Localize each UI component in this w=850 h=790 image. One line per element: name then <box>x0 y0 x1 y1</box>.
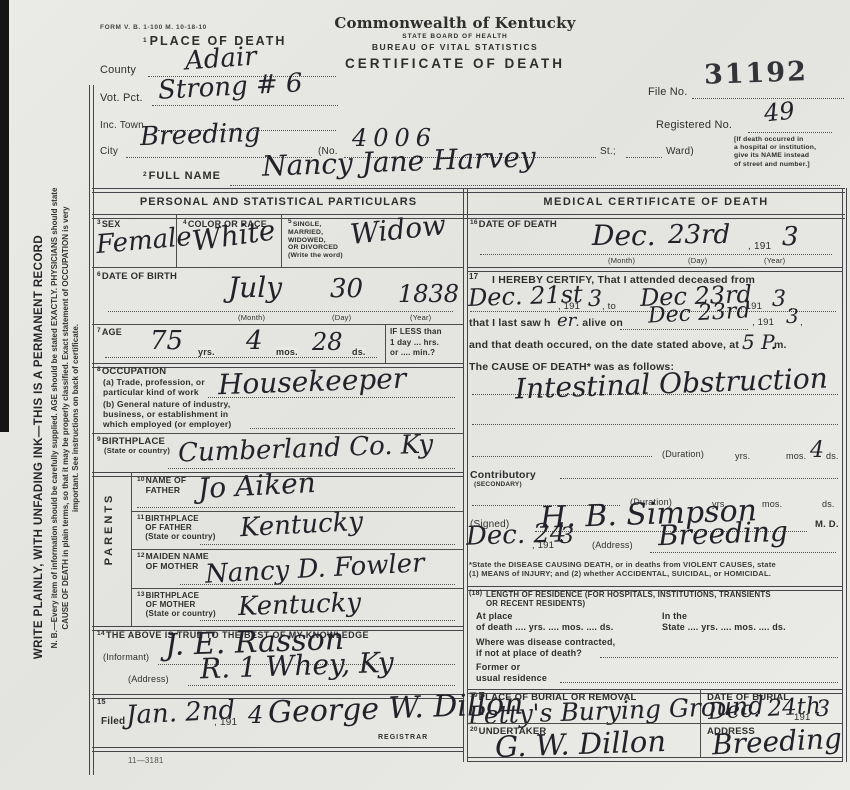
form-code: FORM V. B. 1-100 M. 10-18-10 <box>100 24 207 31</box>
inc-town-label: Inc. Town <box>100 120 144 131</box>
in-the-label: In the <box>662 611 687 621</box>
dotted-line <box>105 357 377 358</box>
duration-days-handwritten: 4 <box>810 440 824 462</box>
father-name-label: NAME OF FATHER <box>146 476 187 495</box>
occupation-number: 8 <box>97 366 101 373</box>
dob-year-handwritten: 1838 <box>398 282 459 306</box>
filed-label: Filed <box>101 716 125 727</box>
full-name-value-handwritten: Nancy Jane Harvey <box>262 143 537 181</box>
father-name-value-handwritten: Jo Aiken <box>197 469 316 503</box>
mother-name-number: 12 <box>137 552 145 559</box>
residence-number: (18) <box>469 590 482 597</box>
filed-year-printed: , 191 <box>214 717 237 728</box>
rule-line <box>467 757 842 762</box>
state-line: State .... yrs. .... mos. .... ds. <box>662 622 786 632</box>
voting-precinct-value-handwritten: Strong # 6 <box>157 70 303 104</box>
mother-name-label: MAIDEN NAME OF MOTHER <box>146 552 209 571</box>
mother-birthplace-label: BIRTHPLACE OF MOTHER (State or country) <box>146 591 216 618</box>
mother-birthplace-field: 13BIRTHPLACE OF MOTHER (State or country… <box>137 591 216 618</box>
dotted-line <box>472 424 838 425</box>
informant-address-value-handwritten: R. 1 Whey, Ky <box>200 649 395 684</box>
sex-number: 3 <box>97 219 101 226</box>
to-year-digit-handwritten: 3 <box>772 289 786 311</box>
yrs-caption: yrs. <box>198 347 215 357</box>
dob-month-handwritten: July <box>228 274 282 302</box>
full-name-label: FULL NAME <box>149 170 221 182</box>
dotted-line <box>560 682 838 683</box>
dotted-line <box>480 254 832 255</box>
dotted-line <box>108 311 453 312</box>
file-no-label: File No. <box>648 86 688 98</box>
year-caption: (Year) <box>764 256 785 265</box>
secondary-label: (SECONDARY) <box>474 481 522 488</box>
occupation-b-label: (b) General nature of industry, business… <box>103 400 231 429</box>
mother-name-field: 12MAIDEN NAME OF MOTHER <box>137 552 209 571</box>
undertaker-address-value-handwritten: Breeding <box>711 725 842 760</box>
duration-mos-label: mos. <box>786 451 806 461</box>
marital-label: SINGLE, MARRIED, WIDOWED, OR DIVORCED (W… <box>288 221 343 259</box>
rule-line <box>463 188 468 762</box>
filed-year-digit-handwritten: 4 <box>248 703 263 727</box>
dotted-line <box>600 657 838 658</box>
disease-contracted-label: Where was disease contracted, if not at … <box>476 637 615 659</box>
registered-no-value-handwritten: 49 <box>763 98 796 125</box>
age-label: AGE <box>102 327 122 337</box>
ward-label: Ward) <box>666 146 694 157</box>
physician-address-label: (Address) <box>592 540 633 550</box>
marital-value-handwritten: Widow <box>349 211 447 249</box>
margin-permanent-record-note: WRITE PLAINLY, WITH UNFADING INK—THIS IS… <box>33 188 45 706</box>
dotted-line <box>200 544 455 545</box>
month-caption: (Month) <box>608 256 635 265</box>
informant-address-label: (Address) <box>128 674 169 684</box>
county-label: County <box>100 64 136 76</box>
occupation-a-label: (a) Trade, profession, or particular kin… <box>103 378 205 398</box>
last-saw-pronoun-handwritten: er <box>557 312 576 330</box>
certify-number: 17 <box>469 272 478 281</box>
residence-heading: LENGTH OF RESIDENCE (FOR HOSPITALS, INST… <box>486 590 771 608</box>
month-caption: (Month) <box>238 313 265 322</box>
birthplace-sublabel: (State or country) <box>104 446 170 455</box>
scan-edge-bar <box>0 0 9 432</box>
birthplace-number: 9 <box>97 436 101 443</box>
age-days-handwritten: 28 <box>312 330 343 354</box>
death-certificate-scan: WRITE PLAINLY, WITH UNFADING INK—THIS IS… <box>0 0 850 790</box>
race-value-handwritten: White <box>190 216 277 255</box>
dotted-line <box>620 329 748 330</box>
dob-label: DATE OF BIRTH <box>102 271 177 282</box>
voting-precinct-label: Vot. Pct. <box>100 92 143 104</box>
full-name-field: 2FULL NAME <box>143 170 221 182</box>
dotted-line <box>152 105 338 106</box>
meridiem-printed: m. <box>774 339 787 351</box>
dotted-line <box>650 552 836 553</box>
date-of-death-number: 16 <box>470 219 478 226</box>
duration-yrs-label: yrs. <box>735 451 750 461</box>
dotted-line <box>180 584 455 585</box>
county-value-handwritten: Adair <box>184 44 257 75</box>
cause-of-death-value-handwritten: Intestinal Obstruction <box>515 365 829 404</box>
father-birthplace-number: 11 <box>137 514 144 521</box>
father-name-number: 10 <box>137 476 145 483</box>
mother-birthplace-value-handwritten: Kentucky <box>238 590 362 620</box>
dob-day-handwritten: 30 <box>330 276 363 302</box>
age-months-handwritten: 4 <box>246 328 263 354</box>
rule-line <box>92 747 463 752</box>
rule-line <box>92 267 463 268</box>
date-of-death-label: DATE OF DEATH <box>479 219 557 230</box>
medical-section-title: MEDICAL CERTIFICATE OF DEATH <box>467 196 845 208</box>
rule-line <box>842 188 847 762</box>
last-saw-pre: that I last saw h <box>469 317 551 329</box>
last-saw-year-printed: , 191 <box>752 317 774 328</box>
comma-printed: , <box>800 317 803 328</box>
rule-line <box>281 214 282 267</box>
rule-line <box>92 188 845 193</box>
dotted-line <box>188 685 455 686</box>
last-saw-date-handwritten: Dec 23rd <box>647 300 751 327</box>
last-saw-year-digit-handwritten: 3 <box>786 306 799 326</box>
rule-line <box>385 324 386 363</box>
from-year-digit-handwritten: 3 <box>588 289 602 311</box>
hospital-note: [If death occurred in a hospital or inst… <box>734 136 846 169</box>
of-death-line: of death .... yrs. .... mos. .... ds. <box>476 622 613 632</box>
death-time-handwritten: 5 P. <box>742 332 777 352</box>
signed-year-printed: , 191 <box>532 540 554 551</box>
place-of-death-number: 1 <box>143 37 149 44</box>
dotted-line <box>748 132 832 133</box>
rule-line <box>89 85 94 775</box>
death-month-handwritten: Dec. <box>592 222 656 250</box>
burial-year-digit-handwritten: 3 <box>816 699 830 721</box>
if-less-note: IF LESS than 1 day ... hrs. or .... min.… <box>390 327 442 359</box>
physician-address-value-handwritten: Breeding <box>658 518 789 551</box>
certificate-title: CERTIFICATE OF DEATH <box>330 56 580 71</box>
father-birthplace-label: BIRTHPLACE OF FATHER (State or country) <box>145 514 215 541</box>
filed-number: 15 <box>97 697 106 706</box>
dob-field: 6DATE OF BIRTH <box>97 271 177 282</box>
occupation-value-handwritten: Housekeeper <box>218 365 407 400</box>
age-number: 7 <box>97 327 101 334</box>
signed-year-digit-handwritten: 3 <box>560 526 574 548</box>
day-caption: (Day) <box>332 313 351 322</box>
registrar-caption: REGISTRAR <box>378 734 428 741</box>
year-caption: (Year) <box>410 313 431 322</box>
dotted-line <box>230 185 840 186</box>
race-number: 4 <box>183 219 187 226</box>
margin-nb-instructions: N. B.—Every item of information should b… <box>50 58 82 778</box>
mos-caption: mos. <box>276 347 298 357</box>
dotted-line <box>560 478 838 479</box>
burial-year-printed: 191 <box>794 712 810 723</box>
father-birthplace-field: 11BIRTHPLACE OF FATHER (State or country… <box>137 514 216 541</box>
commonwealth-title: Commonwealth of Kentucky <box>330 14 580 32</box>
contributory-label: Contributory <box>470 469 536 481</box>
duration-ds-label: ds. <box>826 451 839 461</box>
death-year-printed: , 191 <box>748 241 771 252</box>
age-years-handwritten: 75 <box>150 328 183 354</box>
mother-birthplace-number: 13 <box>137 591 145 598</box>
age-field: 7AGE <box>97 327 122 337</box>
rule-line <box>176 214 177 267</box>
informant-label: (Informant) <box>103 652 149 662</box>
state-board-subtitle: STATE BOARD OF HEALTH <box>330 33 580 40</box>
death-year-digit-handwritten: 3 <box>782 224 799 250</box>
parents-group-label: PARENTS <box>103 474 115 584</box>
city-label: City <box>100 146 118 157</box>
ds-caption: ds. <box>352 347 366 357</box>
city-value-handwritten: Breeding <box>140 120 261 150</box>
informant-number: 14 <box>97 630 105 637</box>
occupation-field: 8OCCUPATION <box>97 366 166 377</box>
registered-no-label: Registered No. <box>656 119 732 131</box>
dotted-line <box>137 507 455 508</box>
birthplace-value-handwritten: Cumberland Co. Ky <box>178 432 434 467</box>
marital-field: 5SINGLE, MARRIED, WIDOWED, OR DIVORCED (… <box>288 218 343 260</box>
mother-name-value-handwritten: Nancy D. Fowler <box>204 550 425 587</box>
rule-line <box>467 267 842 272</box>
personal-section-title: PERSONAL AND STATISTICAL PARTICULARS <box>92 196 465 208</box>
dotted-line <box>626 157 662 158</box>
rule-line <box>131 588 463 589</box>
occupation-label: OCCUPATION <box>102 366 166 377</box>
day-caption: (Day) <box>688 256 707 265</box>
duration-label: (Duration) <box>662 449 704 459</box>
dotted-line <box>200 620 455 621</box>
dob-number: 6 <box>97 271 101 278</box>
file-no-stamp: 31192 <box>703 56 808 91</box>
duration2-ds-label: ds. <box>822 499 835 509</box>
plate-code: 11—3181 <box>128 756 164 765</box>
date-of-death-field: 16DATE OF DEATH <box>470 219 557 230</box>
last-saw-mid: . alive on <box>576 317 623 329</box>
former-residence-label: Former or usual residence <box>476 662 547 684</box>
death-day-handwritten: 23rd <box>668 222 730 248</box>
marital-number: 5 <box>288 218 292 225</box>
duration2-mos-label: mos. <box>762 499 782 509</box>
father-name-field: 10NAME OF FATHER <box>137 476 186 495</box>
death-occurred-line: and that death occured, on the date stat… <box>469 339 739 351</box>
undertaker-number: 20 <box>470 726 478 733</box>
at-place-label: At place <box>476 611 513 621</box>
bureau-subtitle: BUREAU OF VITAL STATISTICS <box>330 42 580 52</box>
sex-value-handwritten: Female <box>95 224 193 258</box>
father-birthplace-value-handwritten: Kentucky <box>239 509 363 541</box>
burial-number: 19 <box>470 692 478 699</box>
violent-causes-footnote: *State the DISEASE CAUSING DEATH, or in … <box>469 560 843 579</box>
md-label: M. D. <box>815 519 839 530</box>
full-name-number: 2 <box>143 171 148 178</box>
dotted-line <box>472 456 652 457</box>
dotted-line <box>208 397 455 398</box>
rule-line <box>92 324 463 325</box>
street-label: St.; <box>600 146 616 157</box>
